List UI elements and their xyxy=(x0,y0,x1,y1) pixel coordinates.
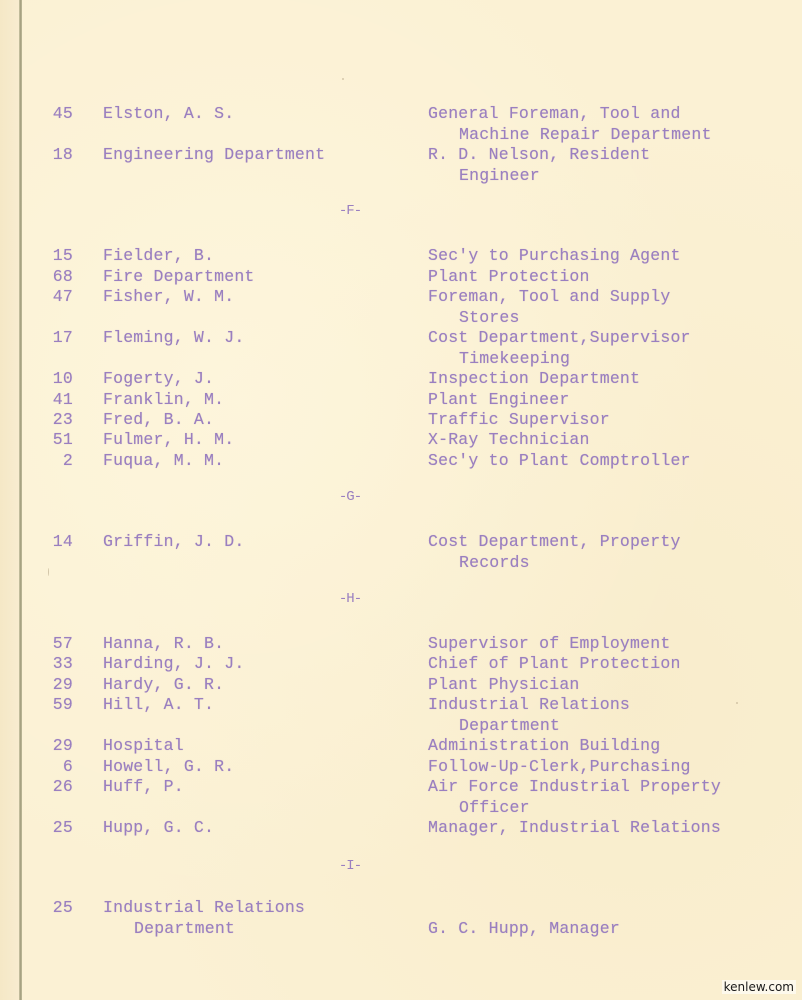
entry-name: Fulmer, H. M. xyxy=(103,430,234,451)
entry-number: 33 xyxy=(45,654,73,675)
entry-number: 47 xyxy=(45,287,73,308)
entry-name: Elston, A. S. xyxy=(103,104,234,125)
section-letter-heading: -F- xyxy=(0,203,700,219)
entry-name: Fuqua, M. M. xyxy=(103,451,224,472)
entry-description: General Foreman, Tool andMachine Repair … xyxy=(428,104,712,145)
entry-description: Cost Department,SupervisorTimekeeping xyxy=(428,328,691,369)
entry-description: Plant Protection xyxy=(428,267,590,288)
entry-description: Air Force Industrial PropertyOfficer xyxy=(428,777,721,818)
entry-name: Fleming, W. J. xyxy=(103,328,244,349)
paper-speck xyxy=(342,78,344,80)
entry-name: Franklin, M. xyxy=(103,390,224,411)
entry-name: Hill, A. T. xyxy=(103,695,214,716)
entry-number: 15 xyxy=(45,246,73,267)
entry-name: Fogerty, J. xyxy=(103,369,214,390)
entry-description: Inspection Department xyxy=(428,369,640,390)
entry-description: G. C. Hupp, Manager xyxy=(428,898,620,939)
entry-name: Hanna, R. B. xyxy=(103,634,224,655)
entry-number: 25 xyxy=(45,898,73,919)
entry-name: Hardy, G. R. xyxy=(103,675,224,696)
entry-number: 29 xyxy=(45,675,73,696)
entry-description: Sec'y to Plant Comptroller xyxy=(428,451,691,472)
entry-description: Cost Department, PropertyRecords xyxy=(428,532,681,573)
entry-number: 25 xyxy=(45,818,73,839)
entry-name: Hupp, G. C. xyxy=(103,818,214,839)
entry-name: Griffin, J. D. xyxy=(103,532,244,553)
entry-description: R. D. Nelson, ResidentEngineer xyxy=(428,145,650,186)
section-letter-heading: -G- xyxy=(0,489,700,505)
entry-number: 26 xyxy=(45,777,73,798)
entry-number: 45 xyxy=(45,104,73,125)
entry-description: Foreman, Tool and SupplyStores xyxy=(428,287,670,328)
entry-description: Sec'y to Purchasing Agent xyxy=(428,246,681,267)
entry-description: X-Ray Technician xyxy=(428,430,590,451)
entry-description: Administration Building xyxy=(428,736,660,757)
entry-description: Plant Engineer xyxy=(428,390,569,411)
entry-description: Chief of Plant Protection xyxy=(428,654,681,675)
paper-mark xyxy=(48,568,49,576)
paper-speck xyxy=(736,702,738,704)
entry-number: 14 xyxy=(45,532,73,553)
entry-number: 18 xyxy=(45,145,73,166)
section-letter-heading: -H- xyxy=(0,591,700,607)
watermark: kenlew.com xyxy=(722,980,796,994)
entry-description: Industrial RelationsDepartment xyxy=(428,695,630,736)
entry-number: 29 xyxy=(45,736,73,757)
entry-number: 41 xyxy=(45,390,73,411)
entry-name: Fisher, W. M. xyxy=(103,287,234,308)
entry-name: Fred, B. A. xyxy=(103,410,214,431)
entry-name: Industrial RelationsDepartment xyxy=(103,898,305,939)
entry-name: Huff, P. xyxy=(103,777,184,798)
entry-number: 59 xyxy=(45,695,73,716)
entry-number: 17 xyxy=(45,328,73,349)
entry-description: Supervisor of Employment xyxy=(428,634,670,655)
entry-description: Plant Physician xyxy=(428,675,580,696)
section-letter-heading: -I- xyxy=(0,858,700,874)
entry-description: Manager, Industrial Relations xyxy=(428,818,721,839)
entry-number: 57 xyxy=(45,634,73,655)
entry-name: Howell, G. R. xyxy=(103,757,234,778)
entry-name: Fire Department xyxy=(103,267,255,288)
entry-number: 51 xyxy=(45,430,73,451)
entry-description: Follow-Up-Clerk,Purchasing xyxy=(428,757,691,778)
entry-name: Hospital xyxy=(103,736,184,757)
entry-name: Fielder, B. xyxy=(103,246,214,267)
entry-number: 68 xyxy=(45,267,73,288)
entry-number: 10 xyxy=(45,369,73,390)
entry-description: Traffic Supervisor xyxy=(428,410,610,431)
entry-name: Harding, J. J. xyxy=(103,654,244,675)
entry-number: 2 xyxy=(45,451,73,472)
entry-name: Engineering Department xyxy=(103,145,325,166)
entry-number: 6 xyxy=(45,757,73,778)
entry-number: 23 xyxy=(45,410,73,431)
